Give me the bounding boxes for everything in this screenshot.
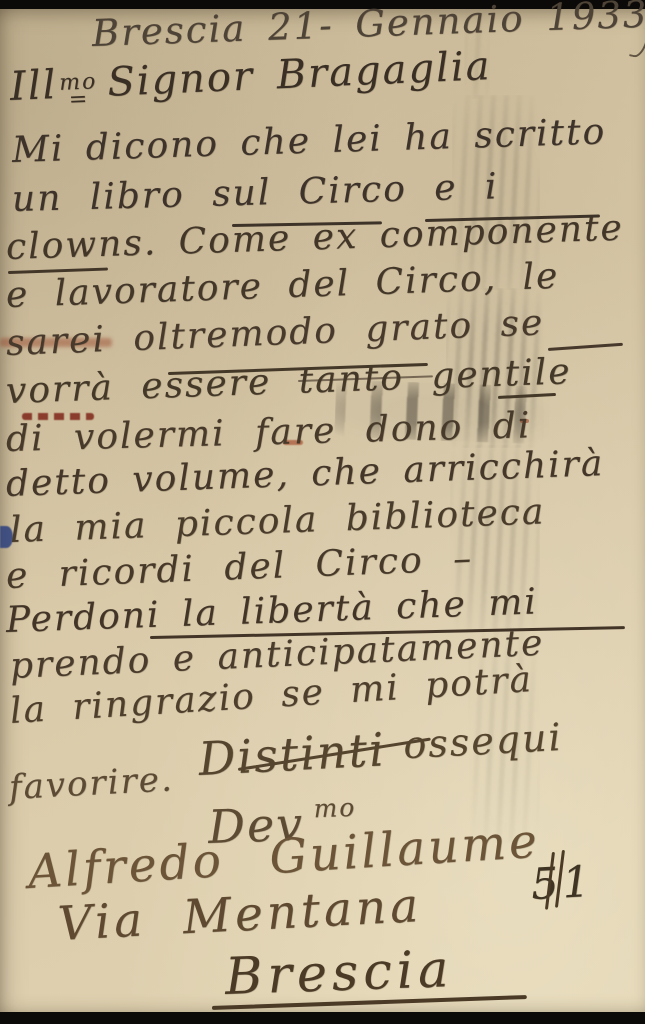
- letter-line-text: un libro sul: [11, 171, 299, 219]
- photographed-letter: Brescia 21- Gennaio 1933 XI Illmo=Signor…: [0, 0, 645, 1024]
- closing-word: ossequi: [402, 715, 563, 767]
- underlined-word: Circo: [298, 169, 407, 213]
- signature-city: Brescia: [224, 940, 454, 1007]
- letter-line-text: e: [406, 167, 485, 210]
- letter-line-text: che mi: [374, 581, 539, 628]
- closing-word: Distinti: [197, 722, 387, 786]
- salutation-abbr: Ill: [9, 62, 58, 110]
- letter-line-text: Perdoni la: [5, 592, 241, 641]
- underlined-word: clowns.: [5, 222, 157, 268]
- underlined-word: i: [484, 166, 499, 207]
- underlined-word: libertà: [240, 587, 376, 633]
- dev-superscript: mo: [313, 793, 357, 823]
- salutation-abbr-mark: =: [68, 91, 89, 108]
- city-text: Brescia: [224, 940, 454, 1007]
